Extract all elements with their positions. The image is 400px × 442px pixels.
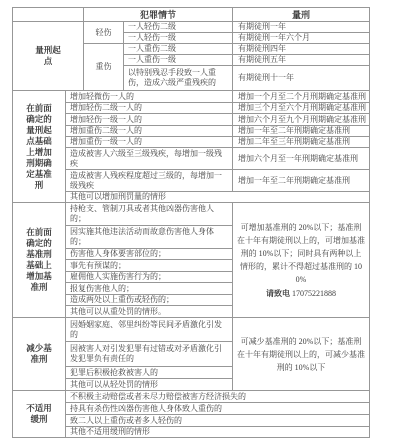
table-row: 增加重伤一级一人的 增加二年至三年刑期确定基准刑 <box>13 137 370 148</box>
table-row: 其他可以增加刑罚量的情形 <box>13 192 370 203</box>
section-label: 在前面 确定的 量刑起 点基础 上增加 刑期确 定基准 刑 <box>13 91 66 203</box>
sentence-cell: 增加二年至三年刑期确定基准刑 <box>233 137 370 148</box>
sentence-cell: 有期徒刑一年 <box>233 22 370 33</box>
injury-type-severe: 重伤 <box>84 44 124 91</box>
table-row: 其他不适用缓刑的情形 <box>13 427 370 438</box>
circumstance-cell: 因婚姻家庭、邻里纠纷等民间矛盾激化引发的 <box>66 318 233 342</box>
table-row: 增加重伤二级一人的 增加一年至二年刑期确定基准刑 <box>13 126 370 137</box>
circumstance-cell: 持枪支、管制刀具或者其他凶器伤害他人的； <box>66 203 233 226</box>
section-decrease-base-sentence: 减少基 准刑 因婚姻家庭、邻里纠纷等民间矛盾激化引发的 可减少基准刑的 20%以… <box>13 318 370 391</box>
circumstance-cell: 一人重伤二级 <box>124 44 233 55</box>
adjustment-note-cell: 可增加基准刑的 20%以下；基准刑在十年有期徒刑以上的，可增加基准刑的 10%以… <box>233 203 370 318</box>
circumstance-cell: 一人重伤一级 <box>124 55 233 66</box>
circumstance-cell: 增加轻伤二级一人的 <box>66 103 233 114</box>
circumstance-cell: 一人轻伤二级 <box>124 22 233 33</box>
table-row: 致二人以上重伤或者多人轻伤的 <box>13 415 370 427</box>
table-row: 增加轻伤二级一人的 增加三个月至六个月刑期确定基准刑 <box>13 103 370 114</box>
circumstance-cell: 以特别残忍手段致一人重伤，造成六级严重残疾的 <box>124 66 233 91</box>
circumstance-cell: 因实施其他违法活动而故意伤害他人身体的； <box>66 226 233 249</box>
section-label: 不适用 缓刑 <box>13 391 66 438</box>
circumstance-cell: 伤害他人身体要害部位的； <box>66 249 233 260</box>
circumstance-cell: 其他可以从轻处罚的情形 <box>66 379 233 391</box>
circumstance-cell: 雇佣他人实施伤害行为的； <box>66 272 233 283</box>
column-header-sentence: 量刑 <box>233 8 370 22</box>
contact-label: 请致电 <box>266 289 290 298</box>
sentence-cell: 有期徒刑四年 <box>233 44 370 55</box>
circumstance-cell: 造成两处以上重伤或轻伤的； <box>66 295 233 306</box>
circumstance-cell: 报复伤害他人的； <box>66 283 233 295</box>
section-probation-not-applicable: 不适用 缓刑 不积极主动赔偿或者未尽力赔偿被害方经济损失的 持具有杀伤性凶器伤害… <box>13 391 370 438</box>
sentence-cell: 增加一个月至二个月刑期确定基准刑 <box>233 91 370 103</box>
sentence-cell: 有期徒刑五年 <box>233 55 370 66</box>
sentence-cell: 有期徒刑一年六个月 <box>233 33 370 44</box>
adjustment-note-text: 可减少基准刑的 20%以下；基准刑在十年有期徒刑以上的，可减少基准刑的 10%以… <box>237 337 365 372</box>
table-row: 量刑起 点 轻伤 一人轻伤二级 有期徒刑一年 <box>13 22 370 33</box>
circumstance-cell: 事先有预谋的； <box>66 260 233 272</box>
circumstance-cell: 增加轻微伤一人的 <box>66 91 233 103</box>
column-header-crime-details: 犯罪情节 <box>84 8 233 22</box>
table-row: 在前面 确定的 量刑起 点基础 上增加 刑期确 定基准 刑 增加轻微伤一人的 增… <box>13 91 370 103</box>
circumstance-cell: 因被害人对引发犯罪有过错或对矛盾激化引发犯罪负有责任的 <box>66 342 233 367</box>
circumstance-cell: 一人轻伤一级 <box>124 33 233 44</box>
circumstance-cell: 犯罪后积极抢救被害人的 <box>66 367 233 379</box>
sentence-cell: 增加一年至二年刑期确定基准刑 <box>233 170 370 192</box>
table-row: 减少基 准刑 因婚姻家庭、邻里纠纷等民间矛盾激化引发的 可减少基准刑的 20%以… <box>13 318 370 342</box>
sentence-cell: 增加六个月至一年刑期确定基准刑 <box>233 148 370 170</box>
circumstance-cell: 其他可以从重处罚的情形。 <box>66 306 233 318</box>
table-row: 在前面 确定的 基准刑 基础上 增加基 准刑 持枪支、管制刀具或者其他凶器伤害他… <box>13 203 370 226</box>
scanned-document-page: 犯罪情节 量刑 量刑起 点 轻伤 一人轻伤二级 有期徒刑一年 一人轻伤一级 有期… <box>0 0 400 442</box>
circumstance-cell: 不积极主动赔偿或者未尽力赔偿被害方经济损失的 <box>66 391 370 403</box>
table-row: 造成被害人残疾程度超过三级的，每增加一级残疾 增加一年至二年刑期确定基准刑 <box>13 170 370 192</box>
circumstance-cell: 增加轻伤一级一人的 <box>66 114 233 126</box>
table-header-section: 犯罪情节 量刑 <box>13 8 370 22</box>
section-sentencing-start-point: 量刑起 点 轻伤 一人轻伤二级 有期徒刑一年 一人轻伤一级 有期徒刑一年六个月 … <box>13 22 370 91</box>
section-label: 减少基 准刑 <box>13 318 66 391</box>
circumstance-cell: 造成被害人残疾程度超过三级的，每增加一级残疾 <box>66 170 233 192</box>
sentence-cell: 增加三个月至六个月刑期确定基准刑 <box>233 103 370 114</box>
sentence-cell: 增加六个月至九个月刑期确定基准刑 <box>233 114 370 126</box>
circumstance-cell: 增加重伤二级一人的 <box>66 126 233 137</box>
adjustment-note-cell: 可减少基准刑的 20%以下；基准刑在十年有期徒刑以上的，可减少基准刑的 10%以… <box>233 318 370 391</box>
sentence-cell: 增加一年至二年刑期确定基准刑 <box>233 126 370 137</box>
circumstance-cell: 增加重伤一级一人的 <box>66 137 233 148</box>
section-label: 在前面 确定的 基准刑 基础上 增加基 准刑 <box>13 203 66 318</box>
phone-number: 17075221888 <box>292 289 336 298</box>
contact-line: 请致电 17075221888 <box>237 287 365 300</box>
circumstance-cell: 致二人以上重伤或者多人轻伤的 <box>66 415 370 427</box>
section-increase-base-sentence: 在前面 确定的 基准刑 基础上 增加基 准刑 持枪支、管制刀具或者其他凶器伤害他… <box>13 203 370 318</box>
table-row: 不适用 缓刑 不积极主动赔偿或者未尽力赔偿被害方经济损失的 <box>13 391 370 403</box>
sentencing-guideline-table: 犯罪情节 量刑 量刑起 点 轻伤 一人轻伤二级 有期徒刑一年 一人轻伤一级 有期… <box>12 7 370 438</box>
sentence-cell: 有期徒刑十一年 <box>233 66 370 91</box>
circumstance-cell: 造成被害人六级至三级残疾，每增加一级残疾 <box>66 148 233 170</box>
circumstance-cell: 持具有杀伤性凶器伤害他人身体致人重伤的 <box>66 403 370 415</box>
section-label: 量刑起 点 <box>13 22 84 91</box>
section-increase-term-base: 在前面 确定的 量刑起 点基础 上增加 刑期确 定基准 刑 增加轻微伤一人的 增… <box>13 91 370 203</box>
injury-type-light: 轻伤 <box>84 22 124 44</box>
circumstance-cell: 其他不适用缓刑的情形 <box>66 427 370 438</box>
table-row: 犯罪情节 量刑 <box>13 8 370 22</box>
header-empty-cell <box>13 8 84 22</box>
adjustment-note-text: 可增加基准刑的 20%以下；基准刑在十年有期徒刑以上的，可增加基准刑的 10%以… <box>237 223 365 284</box>
table-row: 造成被害人六级至三级残疾，每增加一级残疾 增加六个月至一年刑期确定基准刑 <box>13 148 370 170</box>
circumstance-cell: 其他可以增加刑罚量的情形 <box>66 192 370 203</box>
table-row: 持具有杀伤性凶器伤害他人身体致人重伤的 <box>13 403 370 415</box>
table-row: 增加轻伤一级一人的 增加六个月至九个月刑期确定基准刑 <box>13 114 370 126</box>
